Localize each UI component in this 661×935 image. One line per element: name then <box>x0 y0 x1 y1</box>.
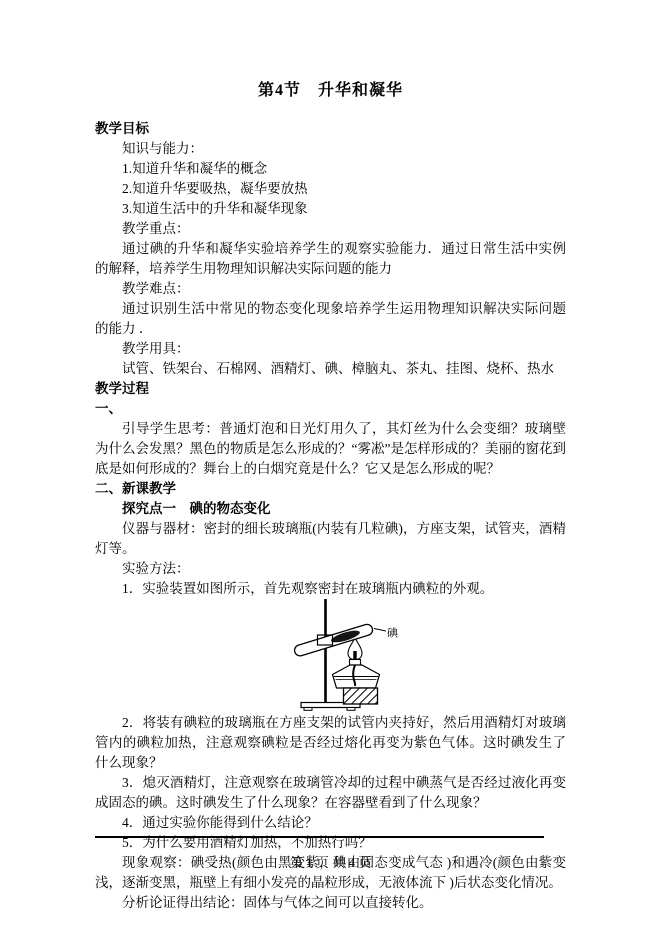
lead-in-questions: 引导学生思考：普通灯泡和日光灯用久了，其灯丝为什么会变细？玻璃壁为什么会发黑？黑… <box>95 419 566 479</box>
experiment-step-2: 2．将装有碘粒的玻璃瓶在方座支架的试管内夹持好，然后用酒精灯对玻璃管内的碘粒加热… <box>95 713 566 773</box>
iodine-label: 碘 <box>387 626 399 640</box>
teaching-tools-text: 试管、铁架台、石棉网、酒精灯、碘、樟脑丸、茶丸、挂图、烧杯、热水 <box>95 359 566 379</box>
inquiry-point-heading: 探究点一 碘的物态变化 <box>95 499 566 519</box>
conclusion-line: 分析论证得出结论：固体与气体之间可以直接转化。 <box>95 893 566 913</box>
teaching-focus-text: 通过碘的升华和凝华实验培养学生的观察实验能力．通过日常生活中实例的解释，培养学生… <box>95 239 566 279</box>
teaching-tools-heading: 教学用具： <box>95 339 566 359</box>
alcohol-lamp <box>333 665 380 688</box>
teaching-focus-heading: 教学重点： <box>95 219 566 239</box>
experiment-step-3: 3．熄灭酒精灯，注意观察在玻璃管冷却的过程中碘蒸气是否经过液化再变成固态的碘。这… <box>95 773 566 813</box>
section-two-heading: 二、新课教学 <box>95 479 566 499</box>
objective-item-2: 2.知道升华要吸热，凝华要放热 <box>95 179 566 199</box>
label-leader-line <box>374 629 386 632</box>
section-one-marker: 一、 <box>95 399 566 419</box>
experiment-step-4: 4．通过实验你能得到什么结论？ <box>95 813 566 833</box>
teaching-process-heading: 教学过程 <box>95 379 566 399</box>
objective-item-1: 1.知道升华和凝华的概念 <box>95 159 566 179</box>
teaching-objectives-heading: 教学目标 <box>95 119 566 139</box>
knowledge-ability-line: 知识与能力： <box>95 139 566 159</box>
page-title: 第4节 升华和凝华 <box>95 81 566 101</box>
teaching-difficulty-text: 通过识别生活中常见的物态变化现象培养学生运用物理知识解决实际问题的能力 ． <box>95 299 566 339</box>
method-heading: 实验方法： <box>95 559 566 579</box>
wood-block <box>344 688 378 704</box>
footer-divider <box>95 836 544 838</box>
document-page: 第4节 升华和凝华 教学目标 知识与能力： 1.知道升华和凝华的概念 2.知道升… <box>0 0 661 935</box>
page-number: 第 1 页 共 4 页 <box>0 855 661 871</box>
teaching-difficulty-heading: 教学难点： <box>95 279 566 299</box>
objective-item-3: 3.知道生活中的升华和凝华现象 <box>95 199 566 219</box>
document-content: 第4节 升华和凝华 教学目标 知识与能力： 1.知道升华和凝华的概念 2.知道升… <box>95 81 566 913</box>
experiment-apparatus-figure: 碘 <box>290 596 410 712</box>
apparatus-line: 仪器与器材：密封的细长玻璃瓶(内装有几粒碘)，方座支架，试管夹，酒精灯等。 <box>95 519 566 559</box>
wick-holder <box>350 660 361 666</box>
